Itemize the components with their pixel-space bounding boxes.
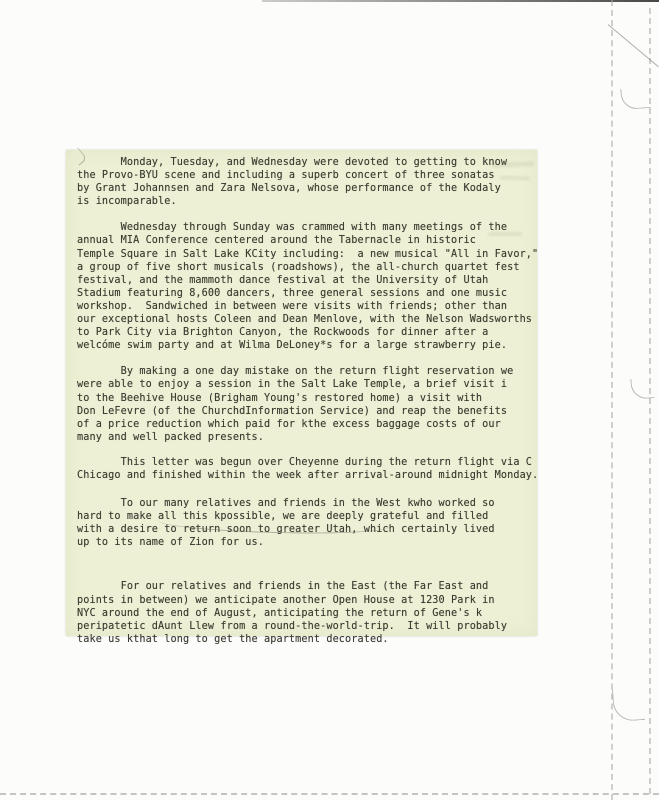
letter-sheet: Monday, Tuesday, and Wednesday were devo… [66,150,537,636]
binder-ring-shadow-middle [630,377,654,400]
ink-bleed-through-mark [488,232,522,236]
scanned-page: Monday, Tuesday, and Wednesday were devo… [0,0,659,800]
scanner-edge-shadow [262,0,659,2]
letter-paragraph: Monday, Tuesday, and Wednesday were devo… [77,156,537,208]
binder-ring-shadow-top [620,87,650,110]
sleeve-corner-crease [608,24,659,67]
binder-ring-shadow-bottom [612,687,645,722]
sheet-protector-inner-edge [611,0,613,800]
sheet-protector-bottom-edge [0,793,659,795]
letter-paragraph: By making a one day mistake on the retur… [77,365,537,444]
letter-paragraph: Wednesday through Sunday was crammed wit… [77,221,537,352]
letter-paragraph: This letter was begun over Cheyenne duri… [77,456,537,482]
letter-paragraph: For our relatives and friends in the Eas… [77,580,537,645]
sheet-protector-outer-edge [649,8,651,794]
